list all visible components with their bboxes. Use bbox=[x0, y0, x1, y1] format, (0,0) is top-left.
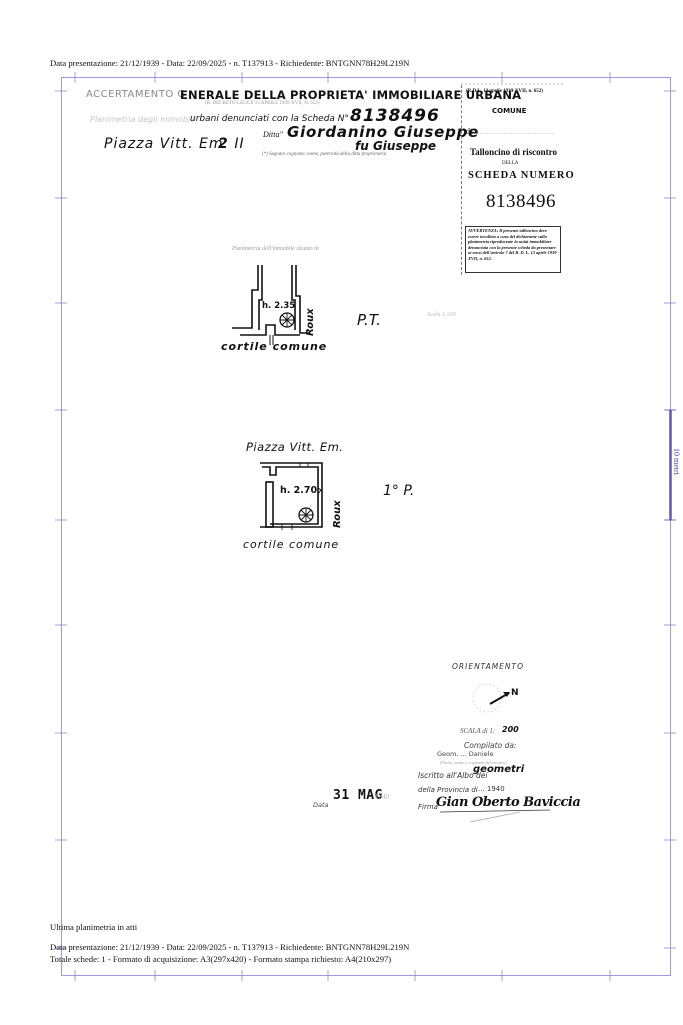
footer-info-line-2: Totale schede: 1 - Formato di acquisizio… bbox=[50, 954, 391, 964]
first-floor-label: 1° P. bbox=[383, 483, 414, 499]
footer-title: Ultima planimetria in atti bbox=[50, 922, 137, 932]
tallone-di-field: .......................... bbox=[477, 127, 555, 136]
scala-value: 200 bbox=[502, 725, 519, 734]
tallone-scheda-number: 8138496 bbox=[486, 191, 556, 213]
form-subtitle: (R. DECRETO-LEGGE 13 APRILE 1939-XVII, N… bbox=[205, 101, 319, 106]
compilato-label: Compilato da: bbox=[464, 741, 516, 750]
footnote: (*) Segnare cognome, nome, paternità del… bbox=[262, 152, 386, 157]
first-floor-courtyard: cortile comune bbox=[243, 538, 339, 551]
tallone-scheda-label: SCHEDA NUMERO bbox=[468, 170, 575, 181]
form-title-prefix: ACCERTAMENTO G bbox=[86, 89, 186, 100]
first-floor-neighbor: Roux bbox=[332, 500, 343, 528]
first-floor-plan bbox=[260, 463, 322, 530]
tallone-avvertenza: AVVERTENZA: Il presente talloncino deve … bbox=[465, 226, 561, 273]
first-floor-height: h. 2.70 bbox=[280, 485, 317, 496]
tallone-title: Talloncino di riscontro bbox=[470, 147, 557, 157]
signature: Gian Oberto Baviccia bbox=[436, 795, 580, 810]
tallone-decree: (R.D.L. 13 aprile 1939-XVII, n. 652) bbox=[466, 89, 543, 94]
north-label: N bbox=[511, 688, 519, 698]
fu-name: fu Giuseppe bbox=[355, 139, 436, 153]
iscritto-value: geometri bbox=[473, 764, 524, 775]
ground-floor-height: h. 2.35 bbox=[262, 301, 295, 311]
form-line2-prefix: Planimetria degli immobili bbox=[90, 115, 195, 124]
ground-floor-faint-note: Scala 1:200 bbox=[427, 312, 456, 318]
tallone-di-label: di bbox=[466, 127, 472, 136]
scale-bar-label: 10 metri bbox=[672, 448, 681, 475]
first-floor-street: Piazza Vitt. Em. bbox=[246, 440, 343, 454]
ground-floor-courtyard: cortile comune bbox=[221, 340, 327, 353]
provincia-label: della Provincia di bbox=[418, 786, 478, 794]
firma-label: Firma bbox=[418, 803, 438, 811]
date-stamp-year: 1940 bbox=[375, 793, 389, 801]
footer-info-line-1: Data presentazione: 21/12/1939 - Data: 2… bbox=[50, 942, 409, 952]
ground-floor-neighbor: Roux bbox=[305, 308, 316, 336]
provincia-value: ... 1940 bbox=[478, 785, 505, 793]
tallone-box: (R.D.L. 13 aprile 1939-XVII, n. 652) COM… bbox=[461, 85, 562, 275]
tallone-della: DELLA bbox=[502, 161, 518, 166]
ditta-label: Ditta" bbox=[263, 130, 283, 139]
ground-floor-label: P.T. bbox=[357, 311, 381, 329]
address-number: 2 bbox=[218, 136, 228, 152]
ground-floor-caption: Planimetria dell'immobile situato in bbox=[232, 246, 319, 252]
north-arrow-icon bbox=[473, 684, 510, 712]
orientamento-label: ORIENTAMENTO bbox=[452, 662, 524, 671]
data-label: Data bbox=[313, 801, 329, 809]
compilato-name: Geom. ... Daniele bbox=[437, 750, 493, 758]
tallone-comune-label: COMUNE bbox=[492, 107, 526, 115]
scala-label: SCALA di 1: bbox=[460, 727, 495, 735]
